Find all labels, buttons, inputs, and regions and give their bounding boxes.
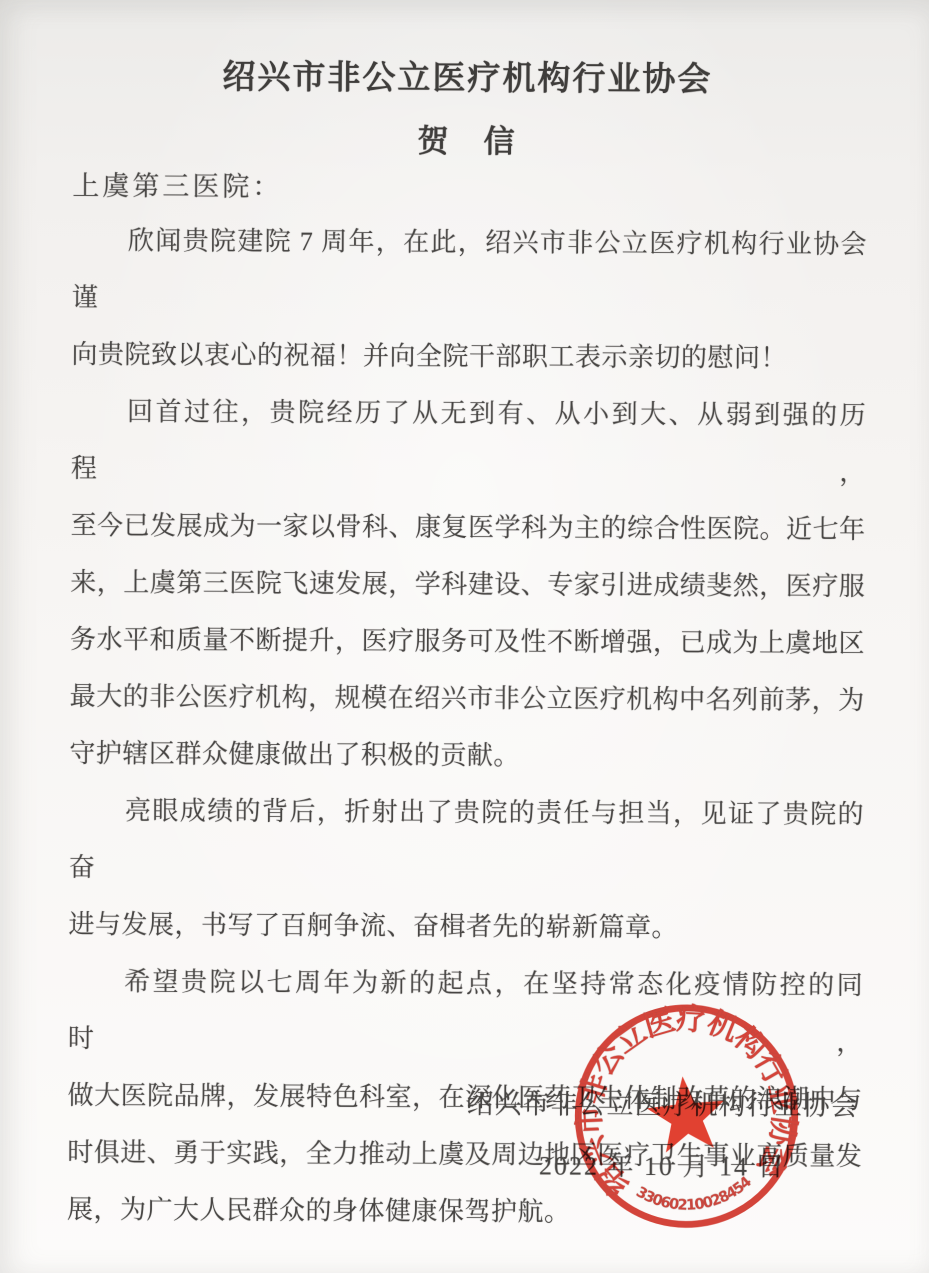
letter-page: 绍兴市非公立医疗机构行业协会 贺 信 上虞第三医院： 欣闻贵院建院 7 周年，在… <box>0 0 929 1273</box>
star-icon <box>644 1073 729 1154</box>
body-line: 欣闻贵院建院 7 周年，在此，绍兴市非公立医疗机构行业协会谨 <box>72 212 868 330</box>
body-line: 亮眼成绩的背后，折射出了贵院的责任与担当，见证了贵院的奋 <box>69 782 865 900</box>
page-title: 绍兴市非公立医疗机构行业协会 <box>3 50 929 102</box>
letter-document: 绍兴市非公立医疗机构行业协会 贺 信 上虞第三医院： 欣闻贵院建院 7 周年，在… <box>0 0 929 1273</box>
official-seal: 绍兴市非公立医疗机构行业协会 33060210028454 <box>558 988 814 1244</box>
body-line: 进与发展，书写了百舸争流、奋楫者先的崭新篇章。 <box>68 896 863 957</box>
body-line: 回首过往，贵院经历了从无到有、从小到大、从弱到强的历程， <box>71 383 867 501</box>
body-line: 至今已发展成为一家以骨科、康复医学科为主的综合性医院。近七年 <box>70 497 865 558</box>
salutation: 上虞第三医院： <box>72 164 282 204</box>
body-line: 务水平和质量不断提升，医疗服务可及性不断增强，已成为上虞地区 <box>70 611 865 672</box>
body-line: 守护辖区群众健康做出了积极的贡献。 <box>69 725 864 786</box>
body-line: 最大的非公医疗机构，规模在绍兴市非公立医疗机构中名列前茅，为 <box>70 668 865 729</box>
paragraph: 亮眼成绩的背后，折射出了贵院的责任与担当，见证了贵院的奋进与发展，书写了百舸争流… <box>68 782 864 957</box>
body-line: 向贵院致以衷心的祝福！并向全院干部职工表示亲切的慰问！ <box>71 326 866 387</box>
body-line: 来，上虞第三医院飞速发展，学科建设、专家引进成绩斐然，医疗服 <box>70 554 865 615</box>
letter-subtitle: 贺 信 <box>2 114 929 164</box>
paragraph: 欣闻贵院建院 7 周年，在此，绍兴市非公立医疗机构行业协会谨向贵院致以衷心的祝福… <box>71 212 867 387</box>
paragraph: 回首过往，贵院经历了从无到有、从小到大、从弱到强的历程，至今已发展成为一家以骨科… <box>69 383 866 786</box>
